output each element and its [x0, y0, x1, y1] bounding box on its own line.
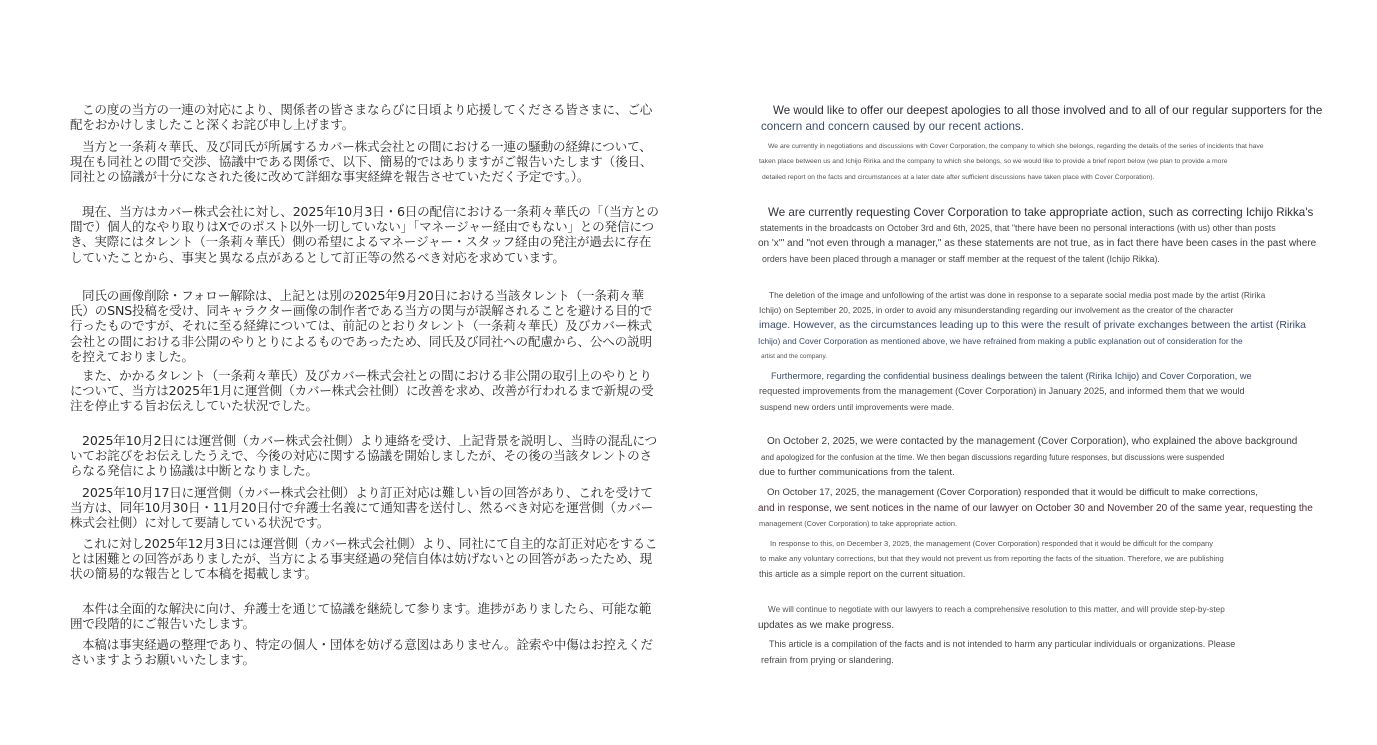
- en-line: The deletion of the image and unfollowin…: [769, 288, 1348, 304]
- en-line: We will continue to negotiate with our l…: [768, 603, 1348, 617]
- en-line: refrain from prying or slandering.: [761, 653, 1348, 669]
- jp-paragraph-oct-17: 2025年10月17日に運営側（カバー株式会社側）より訂正対応は難しい旨の回答が…: [70, 485, 660, 531]
- jp-paragraph-continuation: 本件は全面的な解決に向け、弁護士を通じて協議を継続して参ります。進捗がありました…: [70, 601, 660, 631]
- jp-paragraph-apology: この度の当方の一連の対応により、関係者の皆さまならびに日頃より応援してくださる皆…: [70, 102, 660, 132]
- en-line: In response to this, on December 3, 2025…: [770, 537, 1348, 551]
- en-line: updates as we make progress.: [758, 618, 1348, 634]
- en-line: Furthermore, regarding the confidential …: [771, 369, 1348, 385]
- en-line: concern and concern caused by our recent…: [761, 119, 1348, 135]
- en-line: and apologized for the confusion at the …: [761, 450, 1348, 466]
- jp-paragraph-disclaimer: 本稿は事実経過の整理であり、特定の個人・団体を妨げる意図はありません。詮索や中傷…: [70, 637, 660, 667]
- en-line: this article as a simple report on the c…: [759, 567, 1348, 583]
- en-line: We are currently requesting Cover Corpor…: [768, 205, 1348, 221]
- en-line: requested improvements from the manageme…: [759, 384, 1348, 400]
- en-line: This article is a compilation of the fac…: [769, 637, 1348, 653]
- en-line: Ichijo) on September 20, 2025, in order …: [759, 303, 1348, 319]
- en-line: on 'x'" and "not even through a manager,…: [758, 236, 1348, 252]
- jp-paragraph-image-deletion: 同氏の画像削除・フォロー解除は、上記とは別の2025年9月20日における当該タレ…: [70, 288, 660, 364]
- en-line: On October 17, 2025, the management (Cov…: [767, 485, 1348, 501]
- en-line: suspend new orders until improvements we…: [760, 400, 1348, 416]
- jp-paragraph-dec-3: これに対し2025年12月3日には運営側（カバー株式会社側）より、同社にて自主的…: [70, 536, 660, 582]
- en-line: image. However, as the circumstances lea…: [759, 318, 1348, 334]
- en-line: We would like to offer our deepest apolo…: [773, 103, 1348, 119]
- en-line: and in response, we sent notices in the …: [758, 501, 1348, 517]
- en-line: to make any voluntary corrections, but t…: [760, 552, 1348, 566]
- en-line: orders have been placed through a manage…: [762, 252, 1348, 268]
- en-line: taken place between us and Ichijo Ririka…: [759, 155, 1348, 169]
- jp-paragraph-correction-request: 現在、当方はカバー株式会社に対し、2025年10月3日・6日の配信における一条莉…: [70, 204, 660, 265]
- en-line: statements in the broadcasts on October …: [760, 221, 1348, 237]
- jp-paragraph-oct-2: 2025年10月2日には運営側（カバー株式会社側）より連絡を受け、上記背景を説明…: [70, 433, 660, 479]
- en-line: Ichijo) and Cover Corporation as mention…: [758, 334, 1348, 350]
- en-line: due to further communications from the t…: [759, 465, 1348, 481]
- jp-paragraph-report-intro: 当方と一条莉々華氏、及び同氏が所属するカバー株式会社との間における一連の騒動の経…: [70, 139, 660, 185]
- jp-paragraph-business-dealings: また、かかるタレント（一条莉々華氏）及びカバー株式会社との間における非公開の取引…: [70, 368, 660, 414]
- en-line: We are currently in negotiations and dis…: [768, 140, 1348, 154]
- en-line: On October 2, 2025, we were contacted by…: [767, 434, 1348, 450]
- en-line: management (Cover Corporation) to take a…: [759, 517, 1348, 531]
- en-line: detailed report on the facts and circums…: [762, 171, 1348, 185]
- en-line: artist and the company.: [761, 350, 1348, 364]
